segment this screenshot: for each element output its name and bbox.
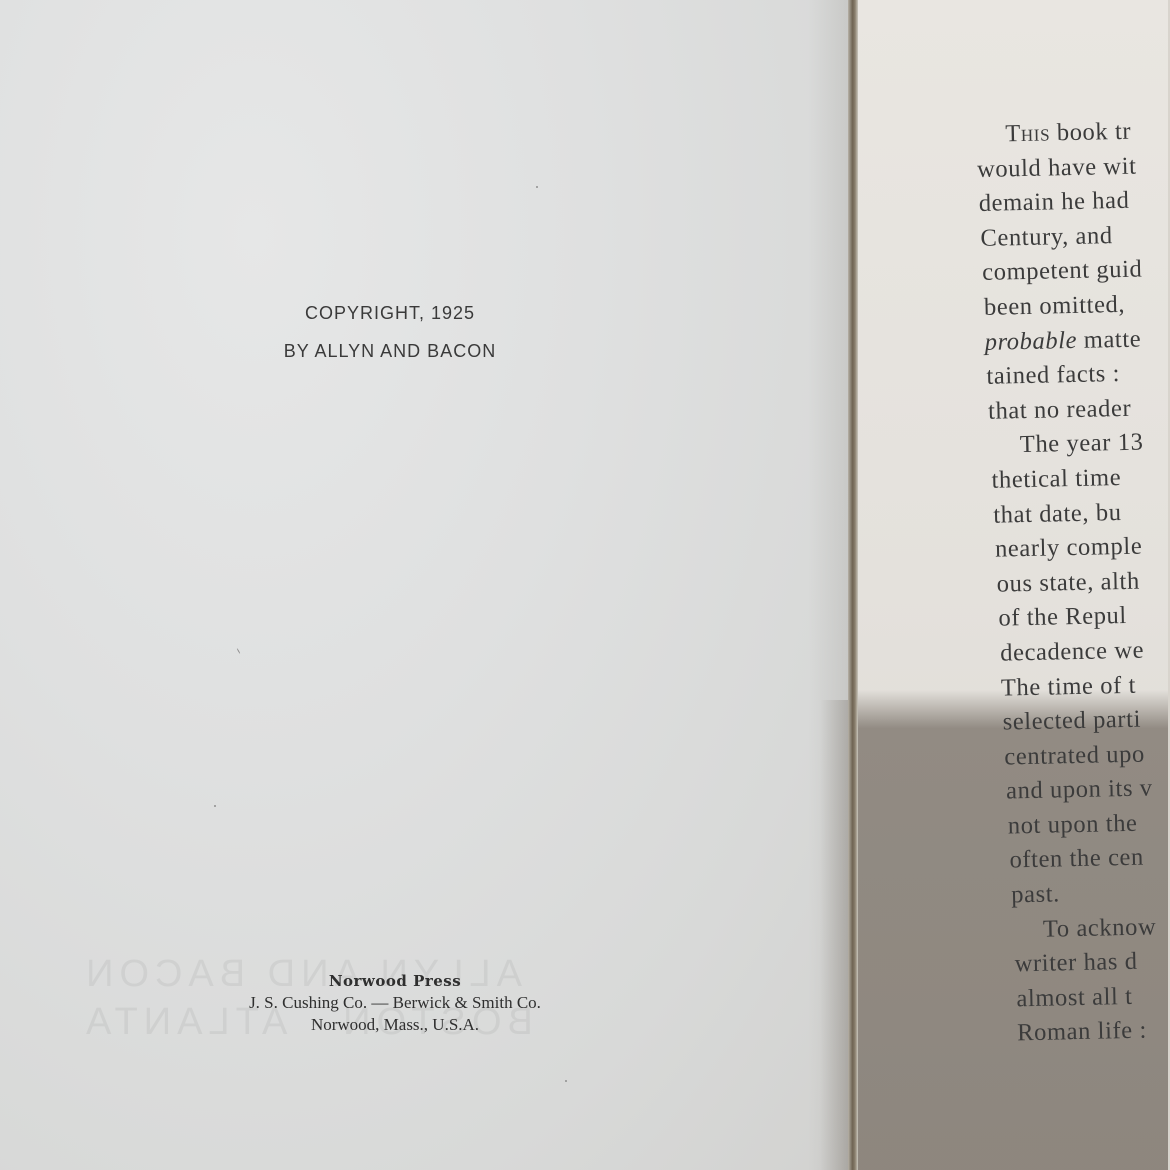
location-line: Norwood, Mass., U.S.A.: [170, 1014, 620, 1036]
publisher-line: BY ALLYN AND BACON: [230, 332, 550, 370]
paper-speck: [536, 186, 538, 188]
copyright-line: COPYRIGHT, 1925: [230, 294, 550, 332]
preface-italic-word: probable: [984, 326, 1077, 355]
book-gutter: [848, 0, 858, 1170]
copyright-page: ALLYN AND BACON BOSTON · ATLANTA COPYRIG…: [0, 0, 848, 1170]
printer-imprint: Norwood Press J. S. Cushing Co. — Berwic…: [170, 970, 620, 1036]
press-name: Norwood Press: [170, 970, 620, 992]
copyright-notice: COPYRIGHT, 1925 BY ALLYN AND BACON: [230, 294, 550, 370]
preface-text: This book trwould have witdemain he hadC…: [975, 110, 1170, 1052]
paper-speck: [565, 1080, 567, 1082]
preface-first-word: This: [1005, 119, 1050, 147]
book-spread: ALLYN AND BACON BOSTON · ATLANTA COPYRIG…: [0, 0, 1170, 1170]
printers-line: J. S. Cushing Co. — Berwick & Smith Co.: [170, 992, 620, 1014]
paper-speck: [214, 805, 216, 807]
paper-speck: [237, 648, 241, 654]
